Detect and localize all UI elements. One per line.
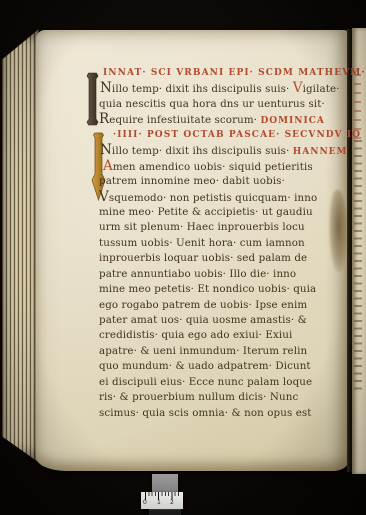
facing-page-text-marks bbox=[354, 140, 362, 395]
page-edges-stack bbox=[2, 29, 39, 467]
ruler-number: 0 bbox=[143, 499, 147, 507]
text-segment: men amendico uobis· siquid petieritis bbox=[113, 161, 313, 173]
text-line: mine meo petetis· Et nondico uobis· quia bbox=[99, 282, 351, 297]
text-line: Nillo temp· dixit ihs discipulis suis· V… bbox=[99, 81, 351, 96]
text-line: ei discipuli eius· Ecce nunc palam loque bbox=[99, 375, 351, 390]
ruler-scale: 0 1 2 bbox=[141, 492, 183, 509]
text-segment: squemodo· non petistis quicquam· inno bbox=[109, 192, 317, 204]
text-segment: apatre· & ueni inmundum· Iterum relin bbox=[99, 345, 307, 357]
text-segment: tussum uobis· Uenit hora· cum iamnon bbox=[99, 237, 305, 249]
rubric-line: INNAT· SCI VRBANI EPI· SCDM MATHEVM· bbox=[99, 66, 351, 81]
text-line: quia nescitis qua hora dns ur uenturus s… bbox=[99, 97, 351, 112]
manuscript-photo: INNAT· SCI VRBANI EPI· SCDM MATHEVM·Nill… bbox=[0, 0, 366, 515]
text-segment: urm sit plenum· Haec inprouerbis locu bbox=[99, 221, 305, 233]
text-segment: V bbox=[99, 189, 109, 205]
manuscript-lines: INNAT· SCI VRBANI EPI· SCDM MATHEVM·Nill… bbox=[99, 66, 351, 421]
text-line: mine meo· Petite & accipietis· ut gaudiu bbox=[99, 205, 351, 220]
text-segment: V bbox=[293, 80, 303, 96]
text-segment: ris· & prouerbium nullum dicis· Nunc bbox=[99, 391, 298, 403]
text-line: Amen amendico uobis· siquid petieritis bbox=[99, 159, 351, 174]
text-segment: ei discipuli eius· Ecce nunc palam loque bbox=[99, 376, 312, 388]
ruler-number: 2 bbox=[170, 499, 174, 507]
facing-page-edge bbox=[352, 28, 366, 474]
text-segment: inprouerbis loquar uobis· sed palam de bbox=[99, 252, 307, 264]
text-line: pater amat uos· quia uosme amastis· & bbox=[99, 313, 351, 328]
text-line: ris· & prouerbium nullum dicis· Nunc bbox=[99, 390, 351, 405]
text-segment: quia nescitis qua hora dns ur uenturus s… bbox=[99, 98, 325, 110]
text-segment: R bbox=[99, 111, 109, 127]
text-segment: scimus· quia scis omnia· & non opus est bbox=[99, 407, 312, 419]
text-line: credidistis· quia ego ado exiui· Exiui bbox=[99, 328, 351, 343]
text-segment: patre annuntiabo uobis· Illo die· inno bbox=[99, 268, 296, 280]
text-segment: illo temp· dixit ihs discipulis suis· bbox=[112, 83, 293, 95]
text-line: scimus· quia scis omnia· & non opus est bbox=[99, 406, 351, 421]
text-segment: A bbox=[103, 158, 113, 174]
text-line: urm sit plenum· Haec inprouerbis locu bbox=[99, 220, 351, 235]
text-line: patrem innomine meo· dabit uobis· bbox=[99, 174, 351, 189]
ruler-major-ticks bbox=[145, 492, 180, 500]
text-segment: illo temp· dixit ihs discipulis suis· bbox=[112, 145, 293, 157]
text-line: Require infestiuitate scorum· DOMINICA bbox=[99, 112, 351, 127]
text-line: inprouerbis loquar uobis· sed palam de bbox=[99, 251, 351, 266]
rubric-line: ·IIII· POST OCTAB PASCAE· SECVNDV IO bbox=[99, 128, 351, 143]
text-segment: pater amat uos· quia uosme amastis· & bbox=[99, 314, 307, 326]
text-segment: ·IIII· POST OCTAB PASCAE· SECVNDV IO bbox=[113, 130, 361, 140]
text-segment: N bbox=[100, 80, 112, 96]
text-line: ego rogabo patrem de uobis· Ipse enim bbox=[99, 298, 351, 313]
text-segment: equire infestiuitate scorum· bbox=[109, 114, 260, 126]
text-line: tussum uobis· Uenit hora· cum iamnon bbox=[99, 236, 351, 251]
text-segment: igilate· bbox=[303, 83, 340, 95]
text-segment: N bbox=[100, 142, 112, 158]
text-segment: INNAT· SCI VRBANI EPI· SCDM MATHEVM· bbox=[103, 68, 366, 78]
text-line: Vsquemodo· non petistis quicquam· inno bbox=[99, 190, 351, 205]
drop-cap-dark-i bbox=[86, 72, 99, 130]
text-line: Nillo temp· dixit ihs discipulis suis· H… bbox=[99, 143, 351, 158]
text-segment: patrem innomine meo· dabit uobis· bbox=[99, 175, 285, 187]
text-segment: credidistis· quia ego ado exiui· Exiui bbox=[99, 329, 292, 341]
text-line: apatre· & ueni inmundum· Iterum relin bbox=[99, 344, 351, 359]
text-segment: quo mundum· & uado adpatrem· Dicunt bbox=[99, 360, 311, 372]
text-line: quo mundum· & uado adpatrem· Dicunt bbox=[99, 359, 351, 374]
text-line: patre annuntiabo uobis· Illo die· inno bbox=[99, 267, 351, 282]
ruler-number: 1 bbox=[157, 499, 161, 507]
text-segment: mine meo· Petite & accipietis· ut gaudiu bbox=[99, 206, 313, 218]
ruler-tab bbox=[152, 474, 178, 493]
ruler-label bbox=[149, 509, 181, 515]
text-segment: mine meo petetis· Et nondico uobis· quia bbox=[99, 283, 316, 295]
text-segment: DOMINICA bbox=[260, 116, 324, 126]
text-segment: HANNEM bbox=[293, 147, 348, 157]
text-segment: ego rogabo patrem de uobis· Ipse enim bbox=[99, 299, 307, 311]
